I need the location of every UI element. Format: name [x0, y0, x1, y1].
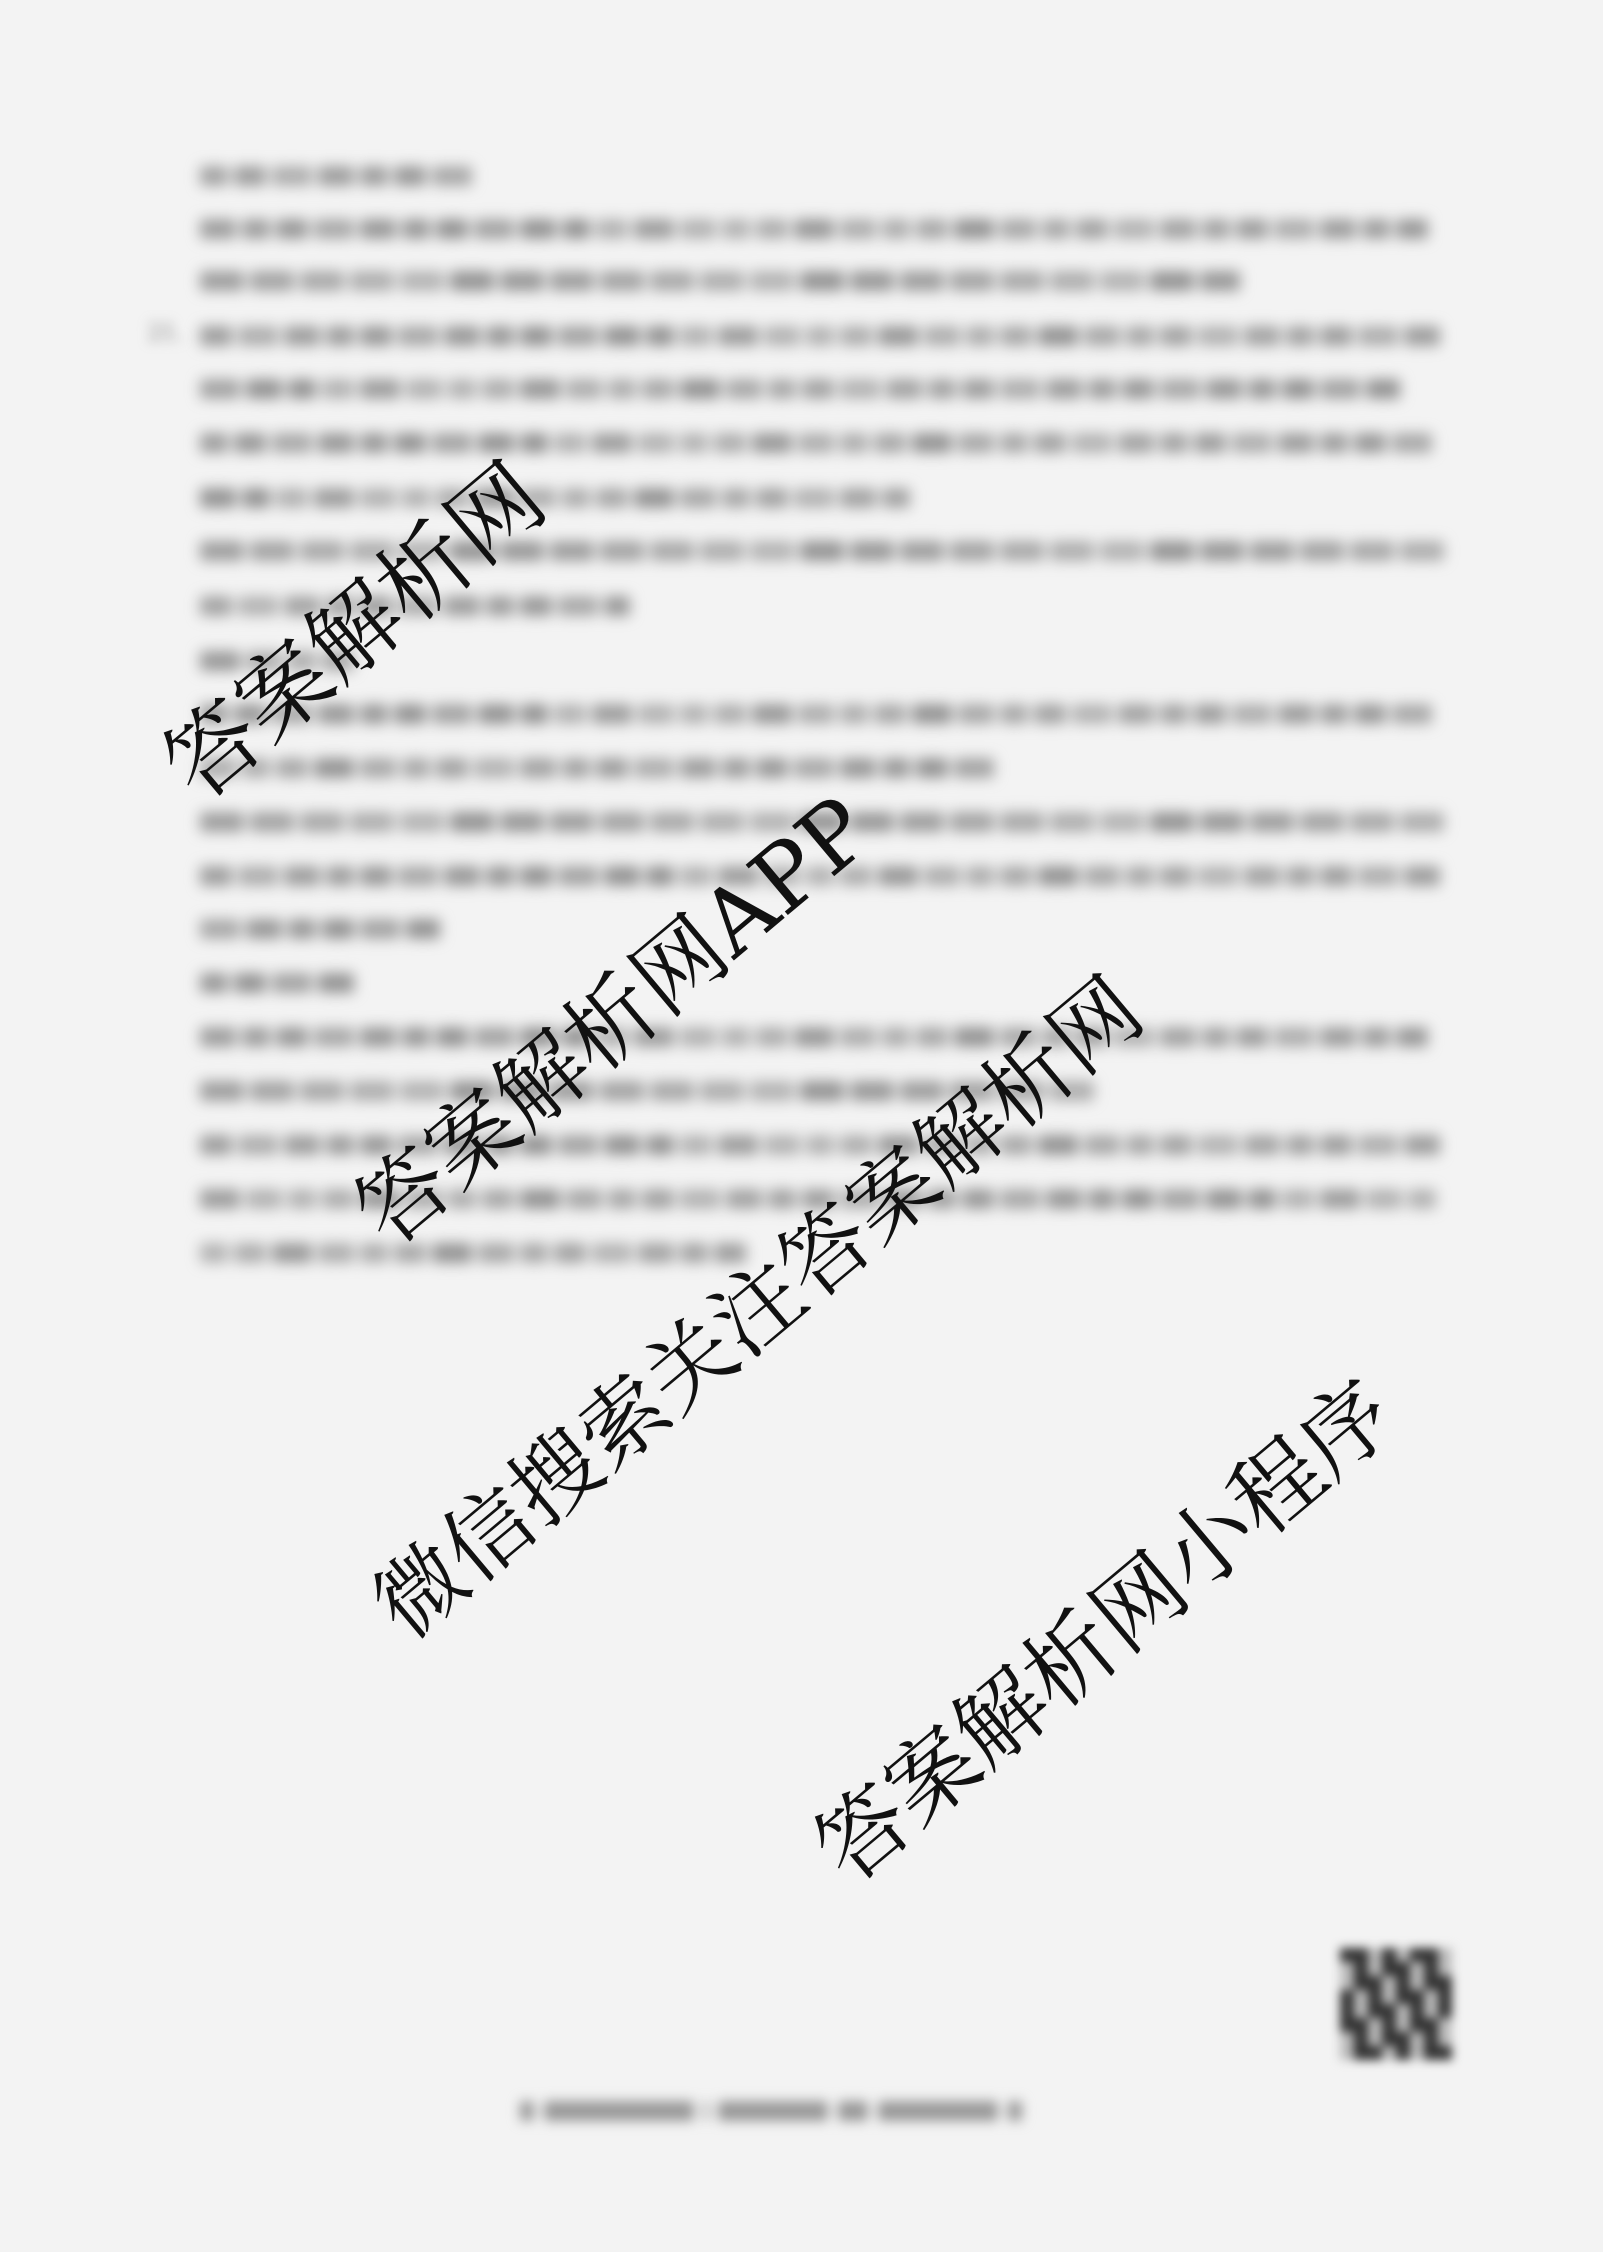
blurred-text-line	[200, 325, 1450, 347]
blurred-text-line	[200, 757, 1020, 779]
watermark-text: 答案解析网小程序	[782, 1344, 1417, 1906]
blurred-text-line	[200, 1026, 1450, 1048]
blurred-text-line	[200, 218, 1450, 240]
blurred-text-line	[200, 165, 490, 187]
qr-code-image	[1340, 1948, 1452, 2060]
blurred-text-line	[200, 918, 440, 940]
question-number: 21.	[148, 321, 183, 346]
blurred-text-line	[200, 1242, 760, 1264]
blurred-text-line	[200, 378, 1400, 400]
blurred-text-line	[200, 487, 920, 509]
page-footer	[520, 2098, 1080, 2124]
blurred-text-line	[200, 432, 1450, 454]
blurred-text-line	[200, 270, 1240, 292]
blurred-text-line	[200, 703, 1450, 725]
blurred-text-line	[200, 972, 380, 994]
